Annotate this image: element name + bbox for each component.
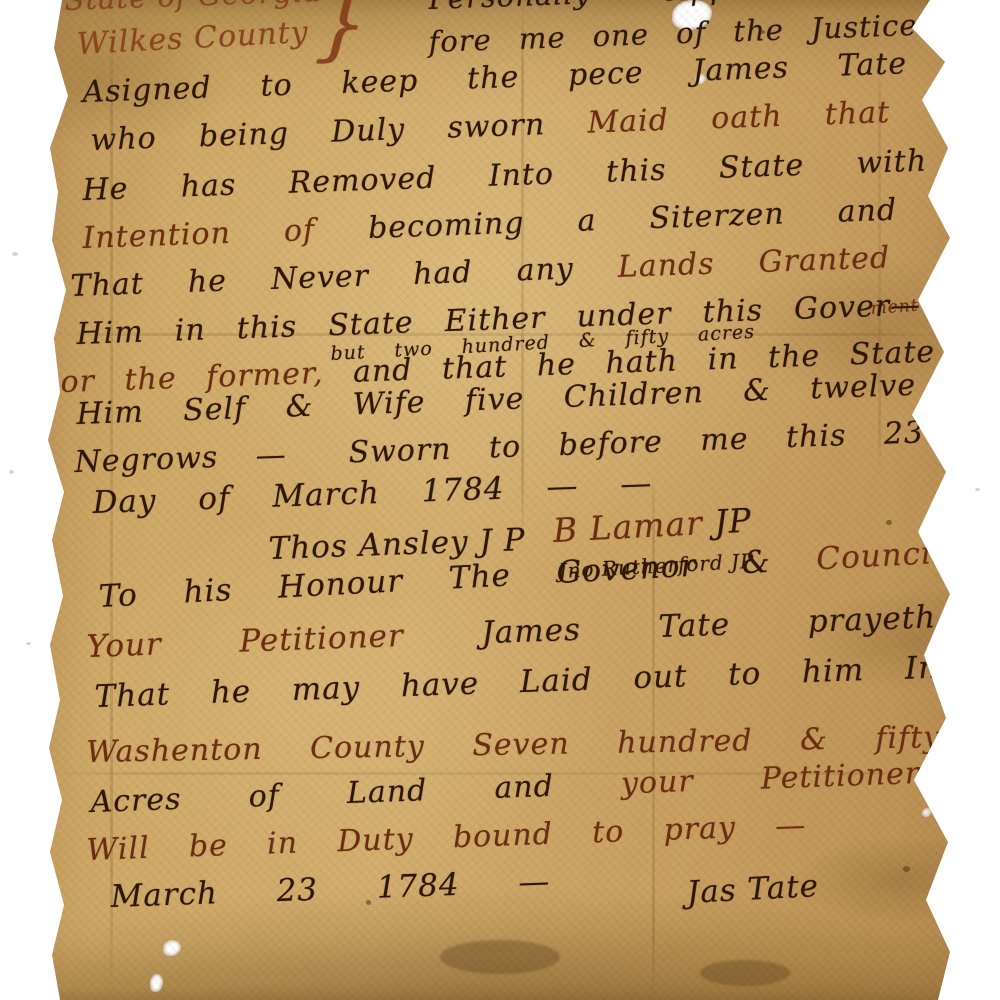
manuscript-text-segment: JP	[713, 501, 752, 542]
manuscript-text-segment: Maid oath that	[587, 95, 891, 141]
paper-hole	[922, 808, 931, 817]
line-duty-bound: Will be in Duty bound to pray —	[86, 809, 807, 869]
line-date-march-23: March 23 1784 —	[110, 865, 551, 916]
manuscript-text-segment: who being Duly sworn	[90, 106, 588, 158]
manuscript-text-segment: Jas Tate	[686, 868, 820, 911]
background-speck	[26, 642, 31, 645]
manuscript-text-segment: becoming a Siterzen and	[368, 193, 898, 246]
paper-hole	[150, 974, 163, 992]
paper-stain	[700, 960, 790, 986]
line-state-of-georgia: State of Georgia	[64, 0, 322, 17]
manuscript-text-segment: Council	[815, 535, 943, 578]
paper-hole	[163, 940, 181, 956]
background-speck	[975, 488, 980, 491]
manuscript-text-segment: B Lamar	[552, 503, 715, 550]
manuscript-text-segment: State of Georgia	[64, 0, 322, 17]
manuscript-text-segment: March 23 1784 —	[110, 864, 551, 915]
manuscript-text-segment: your Petitioner	[620, 756, 920, 801]
manuscript-text-segment: James Tate prayeth	[481, 599, 937, 651]
manuscript-text-segment: Lands Granted	[617, 240, 890, 284]
paper-speck	[886, 520, 892, 525]
document-scan: }State of GeorgiaPersonally Appeared beW…	[0, 0, 1000, 1000]
manuscript-line: }	[313, 0, 371, 73]
signature-jas-tate: Jas Tate	[686, 869, 820, 912]
signature-lamar: B Lamar JP	[552, 502, 753, 550]
paper-speck	[903, 866, 910, 872]
manuscript-text-segment: Acres of Land and	[90, 766, 622, 820]
manuscript-text-segment: }	[313, 0, 371, 73]
paper: }State of GeorgiaPersonally Appeared beW…	[0, 0, 1000, 1000]
manuscript-text-segment: That he Never had any	[70, 250, 618, 304]
line-wilkes-county: Wilkes County	[76, 16, 310, 63]
paper-stain	[440, 940, 560, 974]
manuscript-text-segment: Your Petitioner	[86, 615, 482, 665]
manuscript-text-segment: Intention of	[82, 211, 369, 256]
manuscript-text-segment: Wilkes County	[76, 15, 310, 62]
background-speck	[12, 252, 18, 256]
background-speck	[9, 470, 14, 474]
